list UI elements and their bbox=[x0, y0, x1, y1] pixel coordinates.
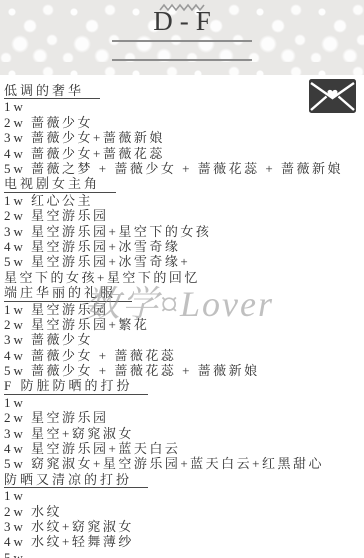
list-item: 4w水纹+轻舞薄纱 bbox=[4, 534, 364, 549]
rank-label: 5w bbox=[4, 161, 31, 176]
list-item: 3w星空游乐园+星空下的女孩 bbox=[4, 224, 364, 239]
rank-label: 2w bbox=[4, 115, 31, 130]
outfit-combo: 蔷薇少女 + 蔷薇花蕊 + 蔷薇新娘 bbox=[31, 363, 260, 378]
rank-label: 1w bbox=[4, 395, 31, 410]
rank-label: 1w bbox=[4, 99, 31, 114]
list-item: 1w bbox=[4, 99, 364, 114]
rank-label: 3w bbox=[4, 426, 31, 441]
rank-label: 2w bbox=[4, 410, 31, 425]
rank-label: 4w bbox=[4, 348, 31, 363]
rank-label: 1w bbox=[4, 302, 31, 317]
rank-label: 3w bbox=[4, 332, 31, 347]
rank-label: 3w bbox=[4, 130, 31, 145]
outfit-combo: 星空游乐园 bbox=[31, 410, 109, 425]
outfit-combo: 星空游乐园+星空下的女孩 bbox=[31, 224, 211, 239]
page-title: D-F bbox=[0, 6, 364, 37]
list-item: 4w星空游乐园+冰雪奇缘 bbox=[4, 239, 364, 254]
list-item: 2w星空游乐园+繁花 bbox=[4, 317, 364, 332]
rank-label: 2w bbox=[4, 504, 31, 519]
list-item: 3w蔷薇少女 bbox=[4, 332, 364, 347]
header-banner: D-F bbox=[0, 0, 364, 75]
section-title: 低调的奢华 bbox=[4, 83, 100, 99]
list-item: 1w bbox=[4, 395, 364, 410]
guide-section: 电视剧女主角 1w红心公主 2w星空游乐园 3w星空游乐园+星空下的女孩 4w星… bbox=[4, 176, 364, 285]
rank-label: 1w bbox=[4, 488, 31, 503]
section-title: 防晒又清凉的打扮 bbox=[4, 472, 148, 488]
list-item: 2w星空游乐园 bbox=[4, 208, 364, 223]
list-item: 3w蔷薇少女+蔷薇新娘 bbox=[4, 130, 364, 145]
outfit-combo: 星空游乐园+蓝天白云 bbox=[31, 441, 180, 456]
section-title: F 防脏防晒的打扮 bbox=[4, 378, 148, 394]
list-item: 1w bbox=[4, 488, 364, 503]
rank-label: 4w bbox=[4, 441, 31, 456]
outfit-combo: 水纹+轻舞薄纱 bbox=[31, 534, 134, 549]
outfit-combo: 星空下的女孩+星空下的回忆 bbox=[4, 270, 200, 285]
outfit-combo: 红心公主 bbox=[31, 193, 93, 208]
rank-label: 5w bbox=[4, 456, 31, 471]
list-item: 4w蔷薇少女+蔷薇花蕊 bbox=[4, 146, 364, 161]
outfit-combo: 蔷薇少女+蔷薇新娘 bbox=[31, 130, 165, 145]
rank-label: 5w bbox=[4, 363, 31, 378]
outfit-combo: 蔷薇少女 bbox=[31, 115, 93, 130]
list-item: 5w bbox=[4, 550, 364, 558]
outfit-guide-list: 低调的奢华 1w 2w蔷薇少女 3w蔷薇少女+蔷薇新娘 4w蔷薇少女+蔷薇花蕊 … bbox=[0, 77, 364, 558]
guide-section: 端庄华丽的礼服 1w星空游乐园 2w星空游乐园+繁花 3w蔷薇少女 4w蔷薇少女… bbox=[4, 285, 364, 378]
list-item: 4w蔷薇少女 + 蔷薇花蕊 bbox=[4, 348, 364, 363]
list-item: 2w星空游乐园 bbox=[4, 410, 364, 425]
list-item: 5w蔷薇少女 + 蔷薇花蕊 + 蔷薇新娘 bbox=[4, 363, 364, 378]
guide-section: 防晒又清凉的打扮 1w 2w水纹 3w水纹+窈窕淑女 4w水纹+轻舞薄纱 5w bbox=[4, 472, 364, 558]
guide-section: F 防脏防晒的打扮 1w 2w星空游乐园 3w星空+窈窕淑女 4w星空游乐园+蓝… bbox=[4, 378, 364, 471]
outfit-combo: 星空游乐园 bbox=[31, 208, 109, 223]
outfit-combo: 窈窕淑女+星空游乐园+蓝天白云+红黑甜心 bbox=[31, 456, 324, 471]
outfit-combo: 星空游乐园 bbox=[31, 302, 109, 317]
list-item: 1w星空游乐园 bbox=[4, 302, 364, 317]
rank-label: 2w bbox=[4, 208, 31, 223]
list-item: 2w水纹 bbox=[4, 504, 364, 519]
outfit-combo: 星空游乐园+冰雪奇缘 bbox=[31, 239, 180, 254]
divider-line bbox=[112, 40, 252, 42]
section-title: 端庄华丽的礼服 bbox=[4, 285, 132, 301]
rank-label: 5w bbox=[4, 254, 31, 269]
outfit-combo: 星空游乐园+冰雪奇缘+ bbox=[31, 254, 190, 269]
list-item: 5w星空游乐园+冰雪奇缘+ bbox=[4, 254, 364, 269]
rank-label: 4w bbox=[4, 239, 31, 254]
list-item: 5w蔷薇之梦 + 蔷薇少女 + 蔷薇花蕊 + 蔷薇新娘 bbox=[4, 161, 364, 176]
outfit-combo: 水纹 bbox=[31, 504, 62, 519]
outfit-combo: 星空+窈窕淑女 bbox=[31, 426, 134, 441]
list-item: 5w窈窕淑女+星空游乐园+蓝天白云+红黑甜心 bbox=[4, 456, 364, 471]
rank-label: 2w bbox=[4, 317, 31, 332]
rank-label: 5w bbox=[4, 550, 31, 558]
outfit-combo: 蔷薇之梦 + 蔷薇少女 + 蔷薇花蕊 + 蔷薇新娘 bbox=[31, 161, 343, 176]
guide-section: 低调的奢华 1w 2w蔷薇少女 3w蔷薇少女+蔷薇新娘 4w蔷薇少女+蔷薇花蕊 … bbox=[4, 83, 364, 176]
outfit-combo: 蔷薇少女 + 蔷薇花蕊 bbox=[31, 348, 176, 363]
rank-label: 4w bbox=[4, 534, 31, 549]
section-title: 电视剧女主角 bbox=[4, 176, 116, 192]
outfit-combo: 蔷薇少女+蔷薇花蕊 bbox=[31, 146, 165, 161]
list-item: 3w水纹+窈窕淑女 bbox=[4, 519, 364, 534]
outfit-combo: 蔷薇少女 bbox=[31, 332, 93, 347]
divider-line bbox=[112, 59, 252, 61]
list-item: 1w红心公主 bbox=[4, 193, 364, 208]
rank-label: 3w bbox=[4, 519, 31, 534]
list-item: 3w星空+窈窕淑女 bbox=[4, 426, 364, 441]
list-item: 2w蔷薇少女 bbox=[4, 115, 364, 130]
outfit-combo: 水纹+窈窕淑女 bbox=[31, 519, 134, 534]
rank-label: 3w bbox=[4, 224, 31, 239]
rank-label: 4w bbox=[4, 146, 31, 161]
outfit-combo: 星空游乐园+繁花 bbox=[31, 317, 149, 332]
list-item: 星空下的女孩+星空下的回忆 bbox=[4, 270, 364, 285]
rank-label: 1w bbox=[4, 193, 31, 208]
list-item: 4w星空游乐园+蓝天白云 bbox=[4, 441, 364, 456]
